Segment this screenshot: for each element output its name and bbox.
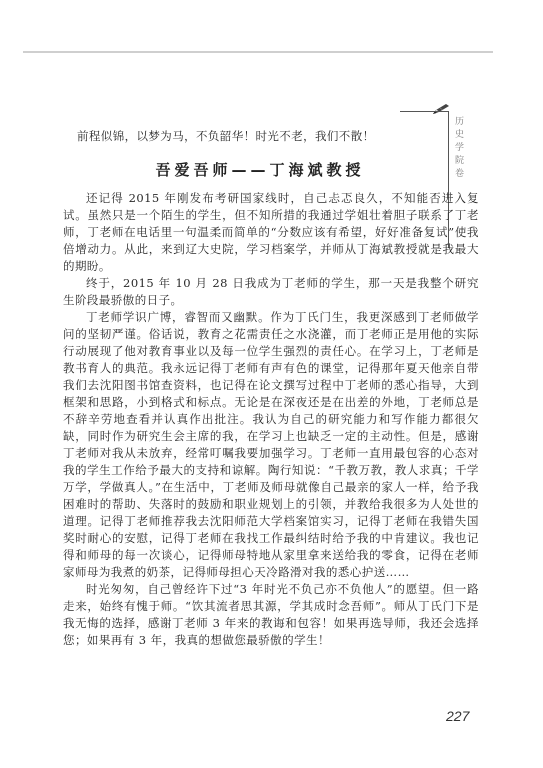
section-marker-rule xyxy=(400,111,448,112)
paragraph: 终于，2015 年 10 月 28 日我成为丁老师的学生，那一天是我整个研究生阶… xyxy=(63,275,479,309)
paragraph: 时光匆匆，自己曾经许下过“3 年时光不负己亦不负他人”的愿望。但一路走来，始终有… xyxy=(63,581,479,649)
paragraph: 还记得 2015 年刚发布考研国家线时，自己忐忑良久，不知能否进入复试。虽然只是… xyxy=(63,190,479,275)
header-rule xyxy=(23,51,493,53)
previous-article-closing-line: 前程似锦，以梦为马，不负韶华！时光不老，我们不散！ xyxy=(77,128,375,144)
article-title: 吾爱吾师——丁海斌教授 xyxy=(0,159,520,180)
paragraph: 丁老师学识广博，睿智而又幽默。作为丁氏门生，我更深感到丁老师做学问的坚韧严谨。俗… xyxy=(63,309,479,581)
page-number: 227 xyxy=(446,708,469,724)
article-body: 还记得 2015 年刚发布考研国家线时，自己忐忑良久，不知能否进入复试。虽然只是… xyxy=(63,190,479,649)
